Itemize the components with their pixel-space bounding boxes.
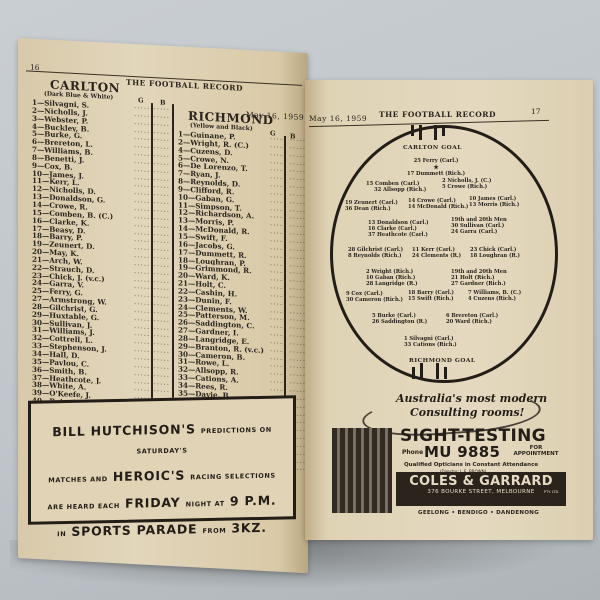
- position-back-pocket-left: 15 Comben (Carl.) 32 Allsopp (Rich.): [366, 181, 426, 193]
- carlton-player-list: 1—Silvagni, S.····· ·····2—Nicholls, J.·…: [32, 99, 170, 444]
- ad-friday: FRIDAY: [125, 495, 181, 511]
- position-wing-right: 23 Chick (Carl.) 18 Loughran (R.): [470, 247, 520, 259]
- ad-text: MATCHES AND: [48, 475, 108, 484]
- ad-bill-hutchison: BILL HUTCHISON'S: [52, 421, 196, 439]
- qualified-opticians: Qualified Opticians in Constant Attendan…: [404, 462, 538, 468]
- position-centre: 11 Kerr (Carl.) 24 Clements (R.): [412, 247, 461, 259]
- carlton-goal-label: CARLTON GOAL: [403, 145, 462, 151]
- richmond-followers: 2 Wright (Rich.) 10 Gaban (Rich.) 28 Lan…: [366, 269, 418, 287]
- goal-post-icon: [442, 125, 445, 136]
- position-full-forward: 1 Silvagni (Carl.) 33 Cations (Rich.): [404, 336, 457, 348]
- ad-time: 9 P.M.: [230, 493, 277, 509]
- goal-post-icon: [412, 367, 415, 379]
- page-number: 17: [531, 107, 541, 116]
- position-back-pocket-right: 2 Nicholls, J. (C.) 5 Crowe (Rich.): [442, 178, 491, 190]
- goal-post-icon: [444, 367, 447, 379]
- branches: GEELONG • BENDIGO • DANDENONG: [418, 510, 539, 516]
- ad-sports-parade: SPORTS PARADE: [71, 521, 197, 539]
- ad-tagline-2: Consulting rooms!: [410, 406, 524, 419]
- carlton-goals-header: G: [138, 96, 144, 104]
- richmond-goal-label: RICHMOND GOAL: [409, 358, 476, 364]
- position-half-back-left: 19 Zeunert (Carl.) 36 Dean (Rich.): [345, 200, 398, 212]
- ad-tagline-1: Australia's most modern: [396, 392, 547, 405]
- optician-advert: Australia's most modern Consulting rooms…: [322, 388, 580, 528]
- goal-post-icon: [436, 363, 439, 379]
- ad-text: RACING SELECTIONS: [190, 472, 275, 482]
- position-half-forward-right: 7 Williams, B. (C.) 4 Cuzens (Rich.): [468, 290, 521, 302]
- phone-label: Phone: [402, 449, 423, 456]
- goal-post-icon: [419, 125, 422, 140]
- goal-post-icon: [411, 125, 414, 136]
- position-centre-half-back: 14 Crowe (Carl.) 14 McDonald (Rich.): [408, 198, 468, 210]
- team-divider: [172, 104, 174, 404]
- coles-garrard-banner: COLES & GARRARD 376 BOURKE STREET, MELBO…: [396, 472, 566, 506]
- ad-station: 3KZ.: [231, 520, 266, 536]
- for-appointment: FOR APPOINTMENT: [508, 445, 564, 457]
- radio-advert: BILL HUTCHISON'S PREDICTIONS ON SATURDAY…: [28, 395, 296, 525]
- phone-number: MU 9885: [424, 443, 500, 461]
- pty-ltd: PTY. LTD.: [544, 490, 559, 494]
- position-forward-pocket-right: 6 Brereton (Carl.) 20 Ward (Rich.): [446, 313, 498, 325]
- carlton-reserves: 13 Donaldson (Carl.) 16 Clarke (Carl.) 3…: [368, 220, 429, 238]
- position-forward-pocket-left: 5 Burke (Carl.) 26 Saddington (R.): [372, 313, 427, 325]
- goal-post-icon: [420, 363, 423, 379]
- ad-text: ARE HEARD EACH: [48, 502, 120, 512]
- position-half-back-right: 10 James (Carl.) 13 Morris (Rich.): [469, 196, 519, 208]
- ad-text: FROM: [202, 527, 226, 535]
- issue-date: May 16, 1959: [309, 114, 367, 123]
- position-centre-half-forward: 18 Barry (Carl.) 15 Swift (Rich.): [408, 290, 454, 302]
- carlton-19th-20th-men: 19th and 20th Men 30 Sullivan (Carl.) 24…: [451, 217, 507, 235]
- position-wing-left: 28 Gilchrist (Carl.) 8 Reynolds (Rich.): [348, 247, 403, 259]
- position-full-back: 25 Ferry (Carl.) ★ 17 Dummett (Rich.): [407, 158, 465, 177]
- company-name: COLES & GARRARD: [396, 474, 566, 489]
- company-address: 376 BOURKE STREET, MELBOURNE: [396, 489, 566, 495]
- ad-text: NIGHT AT: [186, 500, 225, 509]
- running-head: THE FOOTBALL RECORD: [379, 110, 496, 119]
- ad-heroic: HEROIC'S: [113, 468, 185, 485]
- star-icon: ★: [407, 164, 465, 171]
- position-half-forward-left: 9 Cox (Carl.) 30 Cameron (Rich.): [346, 291, 403, 303]
- ad-text: IN: [57, 530, 66, 538]
- richmond-19th-20th-men: 19th and 20th Men 21 Holt (Rich.) 27 Gar…: [451, 269, 507, 287]
- goal-post-icon: [434, 125, 437, 140]
